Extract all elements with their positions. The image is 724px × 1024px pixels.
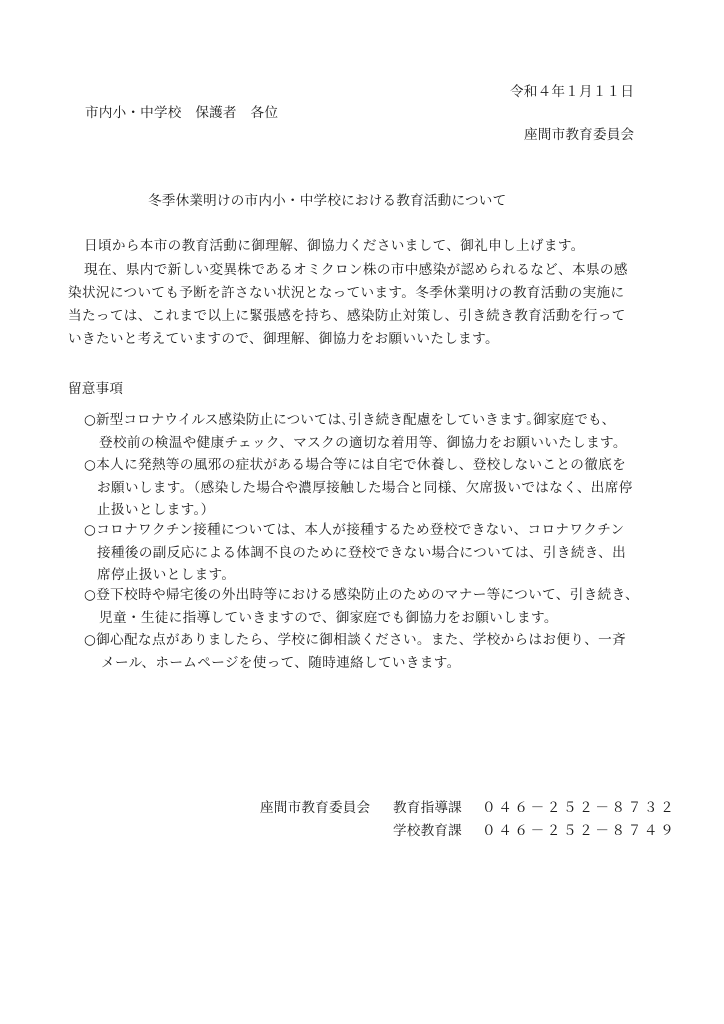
intro-line: 染状況についても予断を許さない状況となっています。冬季休業明けの教育活動の実施に	[68, 281, 624, 301]
document-title: 冬季休業明けの市内小・中学校における教育活動について	[148, 189, 506, 209]
note-line: 登校前の検温や健康チェック、マスクの適切な着用等、御協力をお願いいたします。	[99, 431, 627, 451]
note-line: ○登下校時や帰宅後の外出時等における感染防止のためのマナー等について、引き続き、	[84, 583, 639, 603]
note-line: お願いします。（感染した場合や濃厚接触した場合と同様、欠席扱いではなく、出席停	[97, 476, 633, 496]
intro-line: いきたいと考えていますので、御理解、御協力をお願いいたします。	[68, 327, 499, 347]
note-line: ○新型コロナウイルス感染防止については､引き続き配慮をしていきます｡御家庭でも、	[84, 408, 615, 428]
sender-line: 座間市教育委員会	[524, 123, 634, 143]
contact-department: 学校教育課	[393, 819, 462, 839]
note-line: 止扱いとします。）	[97, 498, 215, 518]
contact-organization: 座間市教育委員会	[260, 796, 370, 816]
contact-department: 教育指導課	[393, 796, 462, 816]
recipient-line: 市内小・中学校 保護者 各位	[85, 101, 278, 121]
note-line: ○コロナワクチン接種については、本人が接種するため登校できない、コロナワクチン	[84, 518, 624, 538]
contact-phone: ０４６－２５２－８７４９	[482, 819, 676, 839]
notes-heading: 留意事項	[68, 377, 123, 397]
intro-line: 日頃から本市の教育活動に御理解、御協力くださいまして、御礼申し上げます。	[84, 234, 585, 254]
note-line: 児童・生徒に指導していきますので、御家庭でも御協力をお願いします。	[99, 606, 558, 626]
note-line: ○御心配な点がありましたら、学校に御相談ください。また、学校からはお便り、一斉	[84, 628, 626, 648]
note-line: メール、ホームページを使って、随時連絡していきます。	[101, 651, 461, 671]
note-line: ○本人に発熱等の風邪の症状がある場合等には自宅で休養し、登校しないことの徹底を	[84, 453, 626, 473]
intro-line: 当たっては、これまで以上に緊張感を持ち、感染防止対策し、引き続き教育活動を行って	[68, 304, 626, 324]
note-line: 席停止扱いとします。	[97, 563, 235, 583]
document-date: 令和４年１月１１日	[510, 80, 634, 100]
note-line: 接種後の副反応による体調不良のために登校できない場合については、引き続き、出	[97, 541, 626, 561]
intro-line: 現在、県内で新しい変異株であるオミクロン株の市中感染が認められるなど、本県の感	[84, 258, 628, 278]
contact-phone: ０４６－２５２－８７３２	[482, 796, 676, 816]
